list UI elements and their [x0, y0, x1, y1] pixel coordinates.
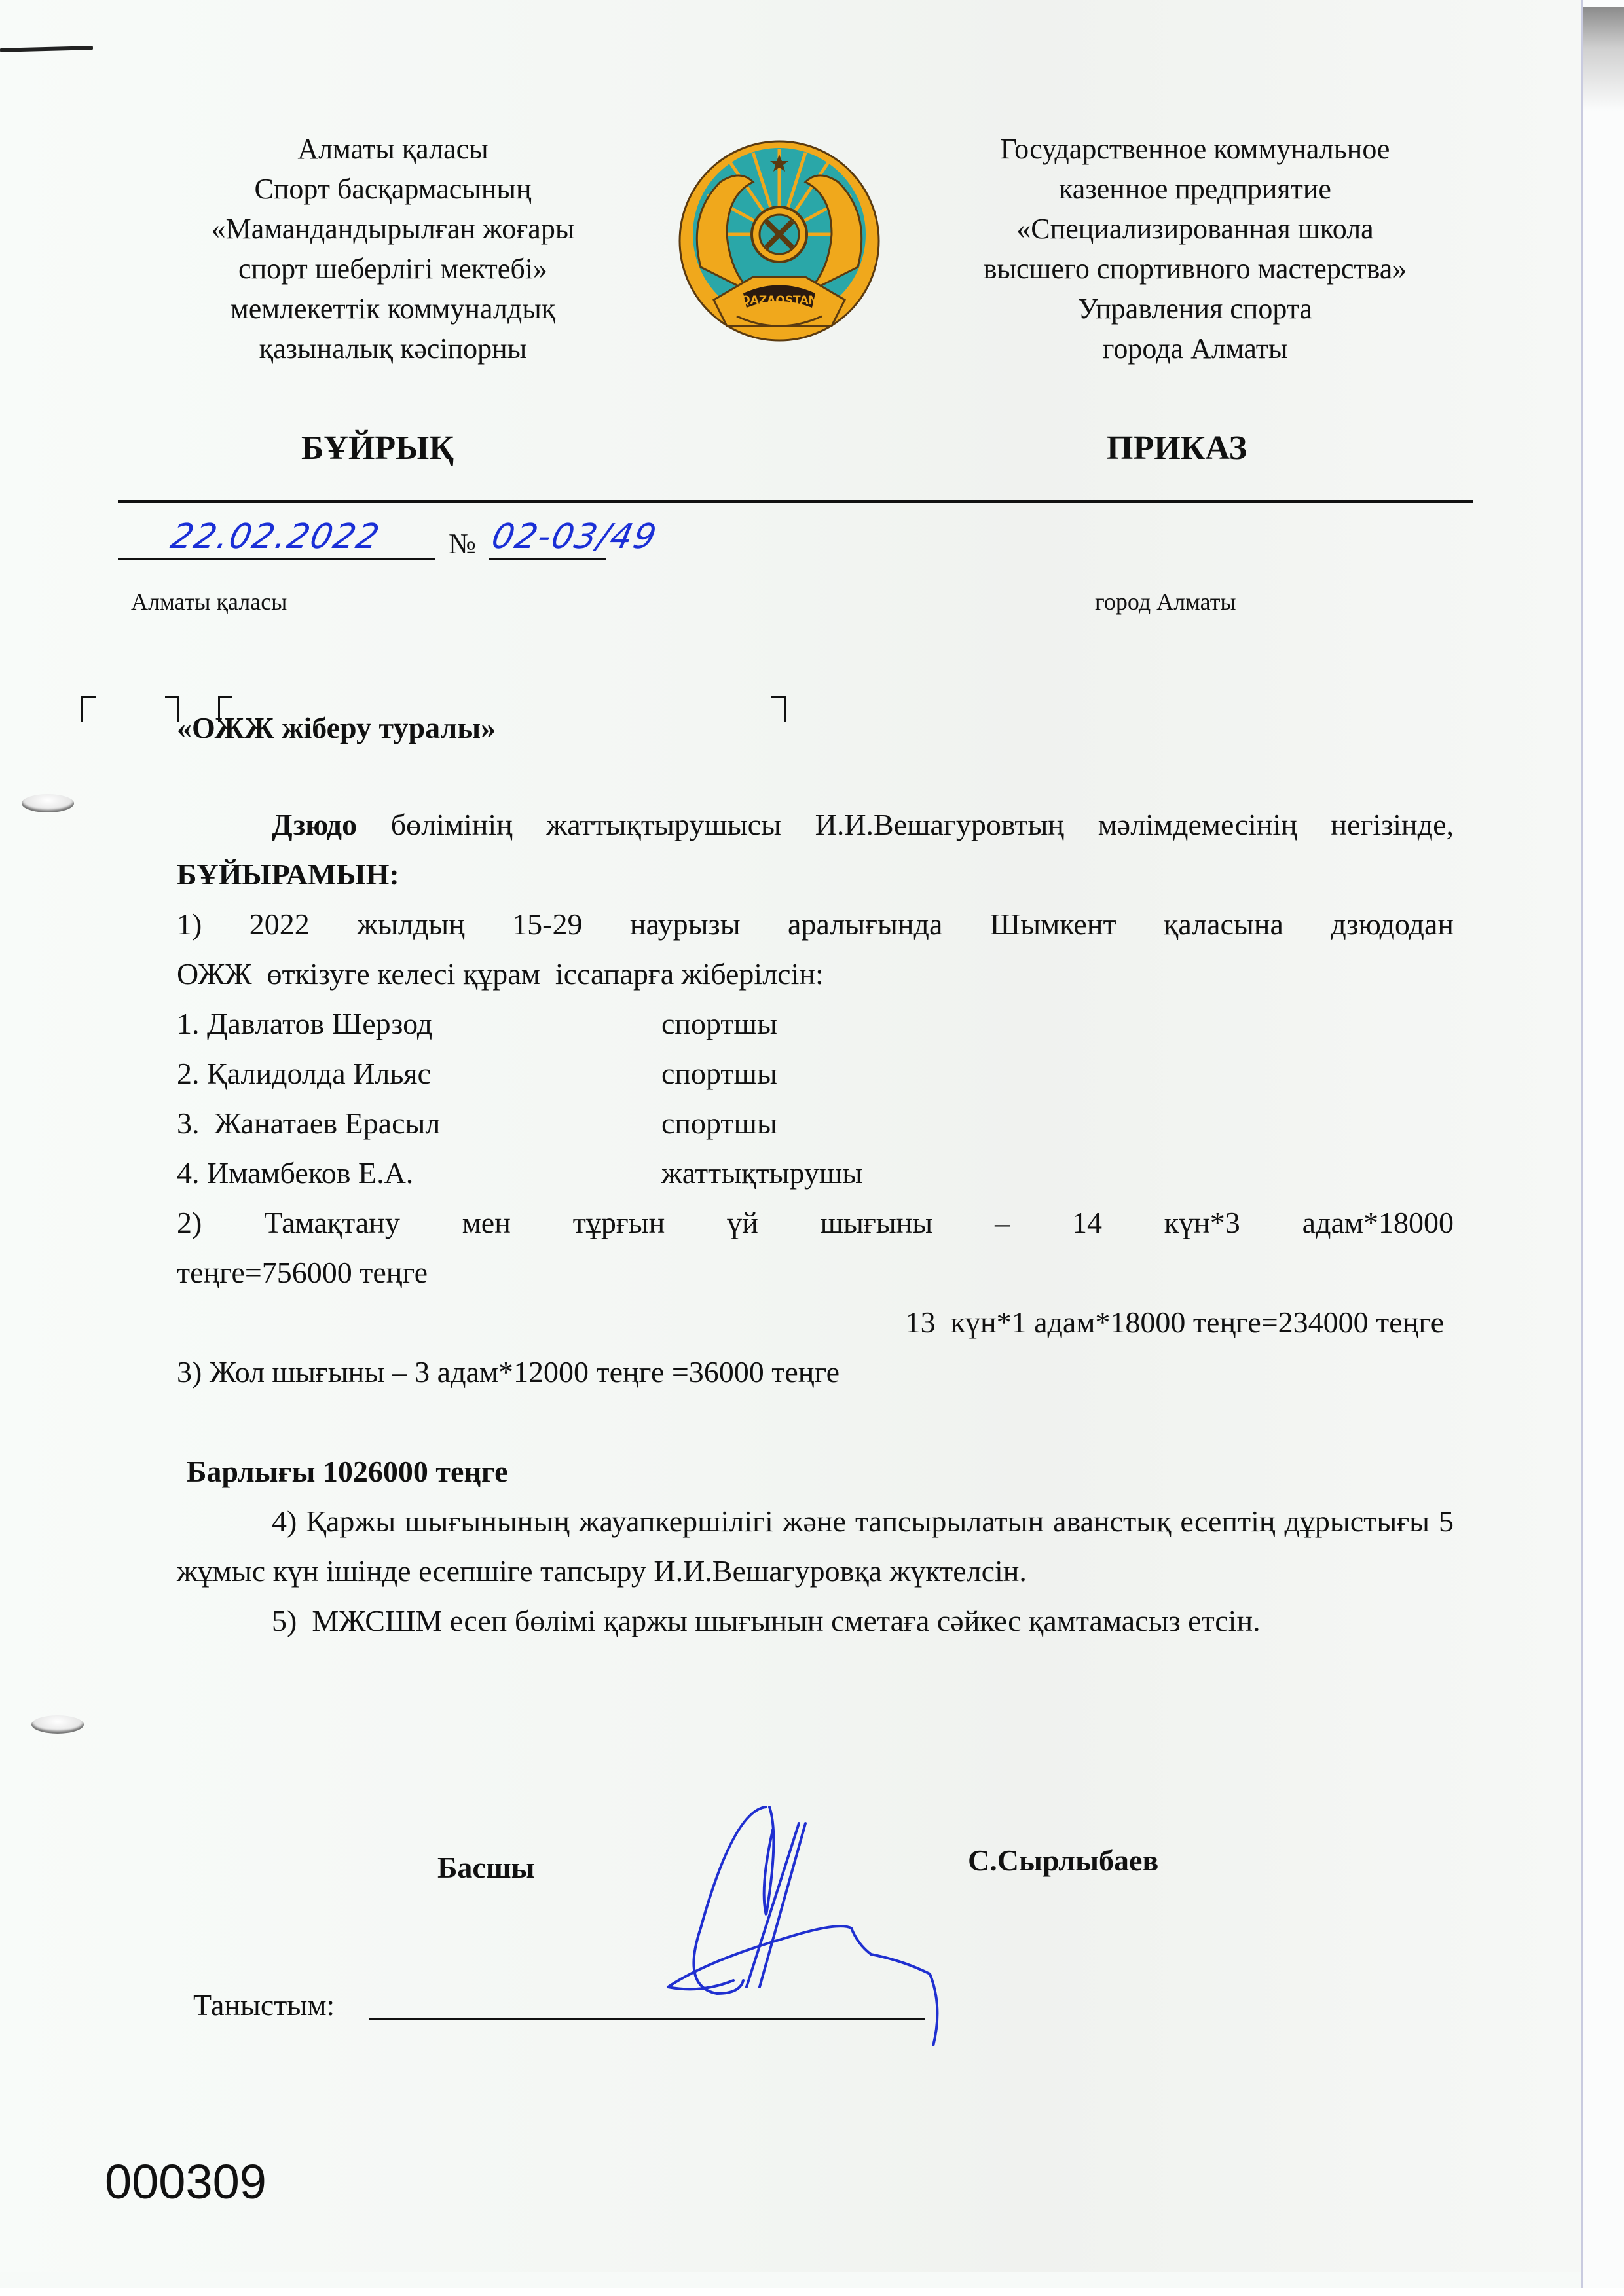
item-2-line-1: 2) Тамақтану мен тұрғын үй шығыны – 14 к… [177, 1198, 1454, 1248]
org-name-kz-line: спорт шеберлігі мектебі» [164, 249, 622, 289]
handwritten-signature-icon [602, 1797, 1074, 2046]
org-name-kz-line: «Мамандандырылған жоғары [164, 209, 622, 249]
kazakhstan-state-emblem-icon: QAZAQSTAN [674, 136, 884, 346]
punch-hole-icon [31, 1715, 84, 1734]
roster-name: 2. Қалидолда Ильяс [177, 1049, 661, 1099]
item-2-line-2: теңге=756000 теңге [177, 1248, 1454, 1298]
org-name-ru-line: Управления спорта [917, 289, 1473, 329]
number-sign: № [449, 527, 476, 560]
org-name-ru-line: города Алматы [917, 329, 1473, 369]
document-serial-number: 000309 [105, 2154, 267, 2210]
order-subject: «ОЖЖ жіберу туралы» [177, 710, 496, 745]
intro-paragraph: Дзюдо бөлімінің жаттықтырушысы И.И.Вешаг… [177, 800, 1454, 900]
header-divider [118, 500, 1473, 503]
roster-name: 1. Давлатов Шерзод [177, 999, 661, 1049]
scan-edge-strip [1581, 0, 1624, 2296]
bracket-corner-mark [81, 696, 96, 722]
acknowledged-label: Таныстым: [193, 1988, 335, 2022]
handwritten-date: 22.02.2022 [168, 517, 384, 556]
roster-name: 4. Имамбеков Е.А. [177, 1148, 661, 1198]
handwritten-order-number: 02-03/49 [489, 517, 661, 556]
item-4: 4) Қаржы шығынының жауапкершілігі және т… [177, 1497, 1454, 1596]
acknowledged-signature-line [369, 2018, 925, 2020]
order-body: Дзюдо бөлімінің жаттықтырушысы И.И.Вешаг… [177, 800, 1454, 1646]
city-ru: город Алматы [1095, 588, 1236, 615]
org-name-kz-line: Алматы қаласы [164, 129, 622, 169]
total: Барлығы 1026000 теңге [177, 1447, 1454, 1497]
document-title-ru: ПРИКАЗ [1107, 429, 1247, 467]
roster-role: спортшы [661, 999, 777, 1049]
roster-role: жаттықтырушы [661, 1148, 862, 1198]
org-name-kz-line: қазыналық кәсіпорны [164, 329, 622, 369]
org-name-kz-line: мемлекеттік коммуналдық [164, 289, 622, 329]
date-underline [118, 558, 435, 560]
org-name-ru-line: казенное предприятие [917, 169, 1473, 209]
intro-order-word: БҰЙЫРАМЫН: [177, 858, 399, 891]
roster-row: 2. Қалидолда Ильяс спортшы [177, 1049, 1454, 1099]
roster-row: 1. Давлатов Шерзод спортшы [177, 999, 1454, 1049]
intro-text: бөлімінің жаттықтырушысы И.И.Вешагуровты… [357, 808, 1454, 841]
intro-sport: Дзюдо [272, 808, 357, 841]
item-1-line-2: ОЖЖ өткізуге келесі құрам іссапарға жібе… [177, 949, 1454, 999]
scan-edge-shadow [1583, 7, 1624, 111]
org-name-ru-line: «Специализированная школа [917, 209, 1473, 249]
roster-name: 3. Жанатаев Ерасыл [177, 1099, 661, 1148]
roster-role: спортшы [661, 1099, 777, 1148]
org-name-ru: Государственное коммунальное казенное пр… [917, 129, 1473, 369]
item-5: 5) МЖСШМ есеп бөлімі қаржы шығынын смета… [177, 1596, 1454, 1646]
org-name-kz-line: Спорт басқармасының [164, 169, 622, 209]
punch-hole-icon [22, 794, 74, 812]
roster-role: спортшы [661, 1049, 777, 1099]
item-1-line-1: 1) 2022 жылдың 15-29 наурызы аралығында … [177, 900, 1454, 949]
item-3: 3) Жол шығыны – 3 адам*12000 теңге =3600… [177, 1347, 1454, 1397]
bracket-corner-mark [771, 696, 786, 722]
number-underline [489, 558, 606, 560]
scan-bottom-edge [0, 2288, 1624, 2296]
org-name-ru-line: Государственное коммунальное [917, 129, 1473, 169]
org-name-kz: Алматы қаласы Спорт басқармасының «Маман… [164, 129, 622, 369]
roster-row: 4. Имамбеков Е.А. жаттықтырушы [177, 1148, 1454, 1198]
svg-text:QAZAQSTAN: QAZAQSTAN [741, 294, 817, 307]
roster-row: 3. Жанатаев Ерасыл спортшы [177, 1099, 1454, 1148]
org-name-ru-line: высшего спортивного мастерства» [917, 249, 1473, 289]
signatory-position: Басшы [437, 1850, 535, 1885]
document-title-kz: БҰЙРЫҚ [301, 429, 454, 467]
spacer [177, 1397, 1454, 1447]
city-kz: Алматы қаласы [131, 588, 287, 615]
item-2-line-3: 13 күн*1 адам*18000 теңге=234000 теңге [177, 1298, 1454, 1347]
